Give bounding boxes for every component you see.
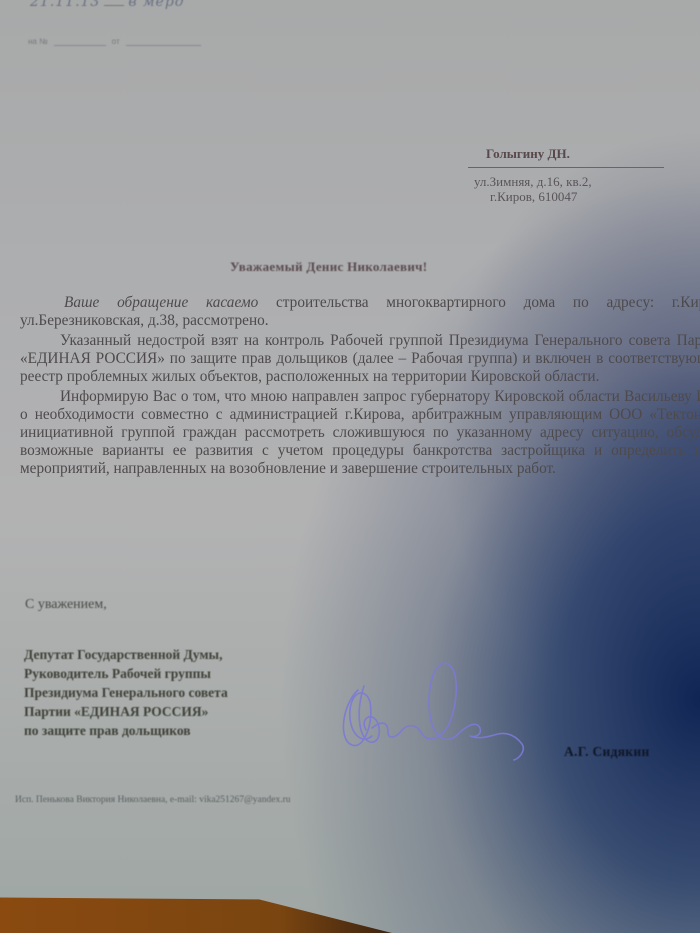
- recipient-block: Голыгину ДН. ул.Зимняя, д.16, кв.2, г.Ки…: [468, 146, 664, 204]
- letter-body: Ваше обращение касаемо строительства мно…: [20, 294, 700, 478]
- signatory-title-line: по защите прав дольщиков: [24, 721, 228, 740]
- handwritten-signature: [330, 650, 540, 770]
- signatory-name: А.Г. Сидякин: [564, 744, 650, 760]
- recipient-name: Голыгину ДН.: [468, 146, 664, 168]
- letter-document: 21.11.13в мерд на № от Голыгину ДН. ул.З…: [0, 0, 700, 933]
- date-underline: [104, 5, 124, 6]
- reference-from-label: от: [112, 37, 120, 46]
- recipient-address-street: ул.Зимняя, д.16, кв.2,: [468, 174, 664, 189]
- signatory-title-line: Депутат Государственной Думы,: [24, 645, 228, 664]
- signatory-title-line: Руководитель Рабочей группы: [24, 664, 228, 683]
- paragraph-3: Информирую Вас о том, что мною направлен…: [20, 388, 700, 478]
- handwritten-date-text: 21.11.13: [30, 0, 100, 10]
- closing: С уважением,: [25, 597, 107, 613]
- recipient-address-city: г.Киров, 610047: [468, 189, 664, 204]
- handwritten-note: в мерд: [128, 0, 184, 10]
- paragraph-1: Ваше обращение касаемо строительства мно…: [20, 294, 700, 330]
- signatory-title-line: Партии «ЕДИНАЯ РОССИЯ»: [24, 702, 228, 721]
- recipient-address: ул.Зимняя, д.16, кв.2, г.Киров, 610047: [468, 174, 664, 204]
- paragraph-1-italic: Ваше обращение касаемо: [64, 294, 258, 311]
- reference-number-blank: [54, 44, 106, 46]
- handwritten-date: 21.11.13в мерд: [30, 0, 185, 10]
- executor-line: Исп. Пенькова Виктория Николаевна, e-mai…: [15, 795, 291, 805]
- reference-number-label: на №: [28, 37, 48, 46]
- reference-date-blank: [126, 44, 201, 46]
- signatory-title: Депутат Государственной Думы, Руководите…: [24, 645, 228, 740]
- photo-background: 21.11.13в мерд на № от Голыгину ДН. ул.З…: [0, 0, 700, 933]
- paragraph-2: Указанный недострой взят на контроль Раб…: [20, 332, 700, 386]
- salutation: Уважаемый Денис Николаевич!: [230, 259, 427, 275]
- signatory-title-line: Президиума Генерального совета: [24, 683, 228, 702]
- reference-line: на № от: [28, 37, 201, 46]
